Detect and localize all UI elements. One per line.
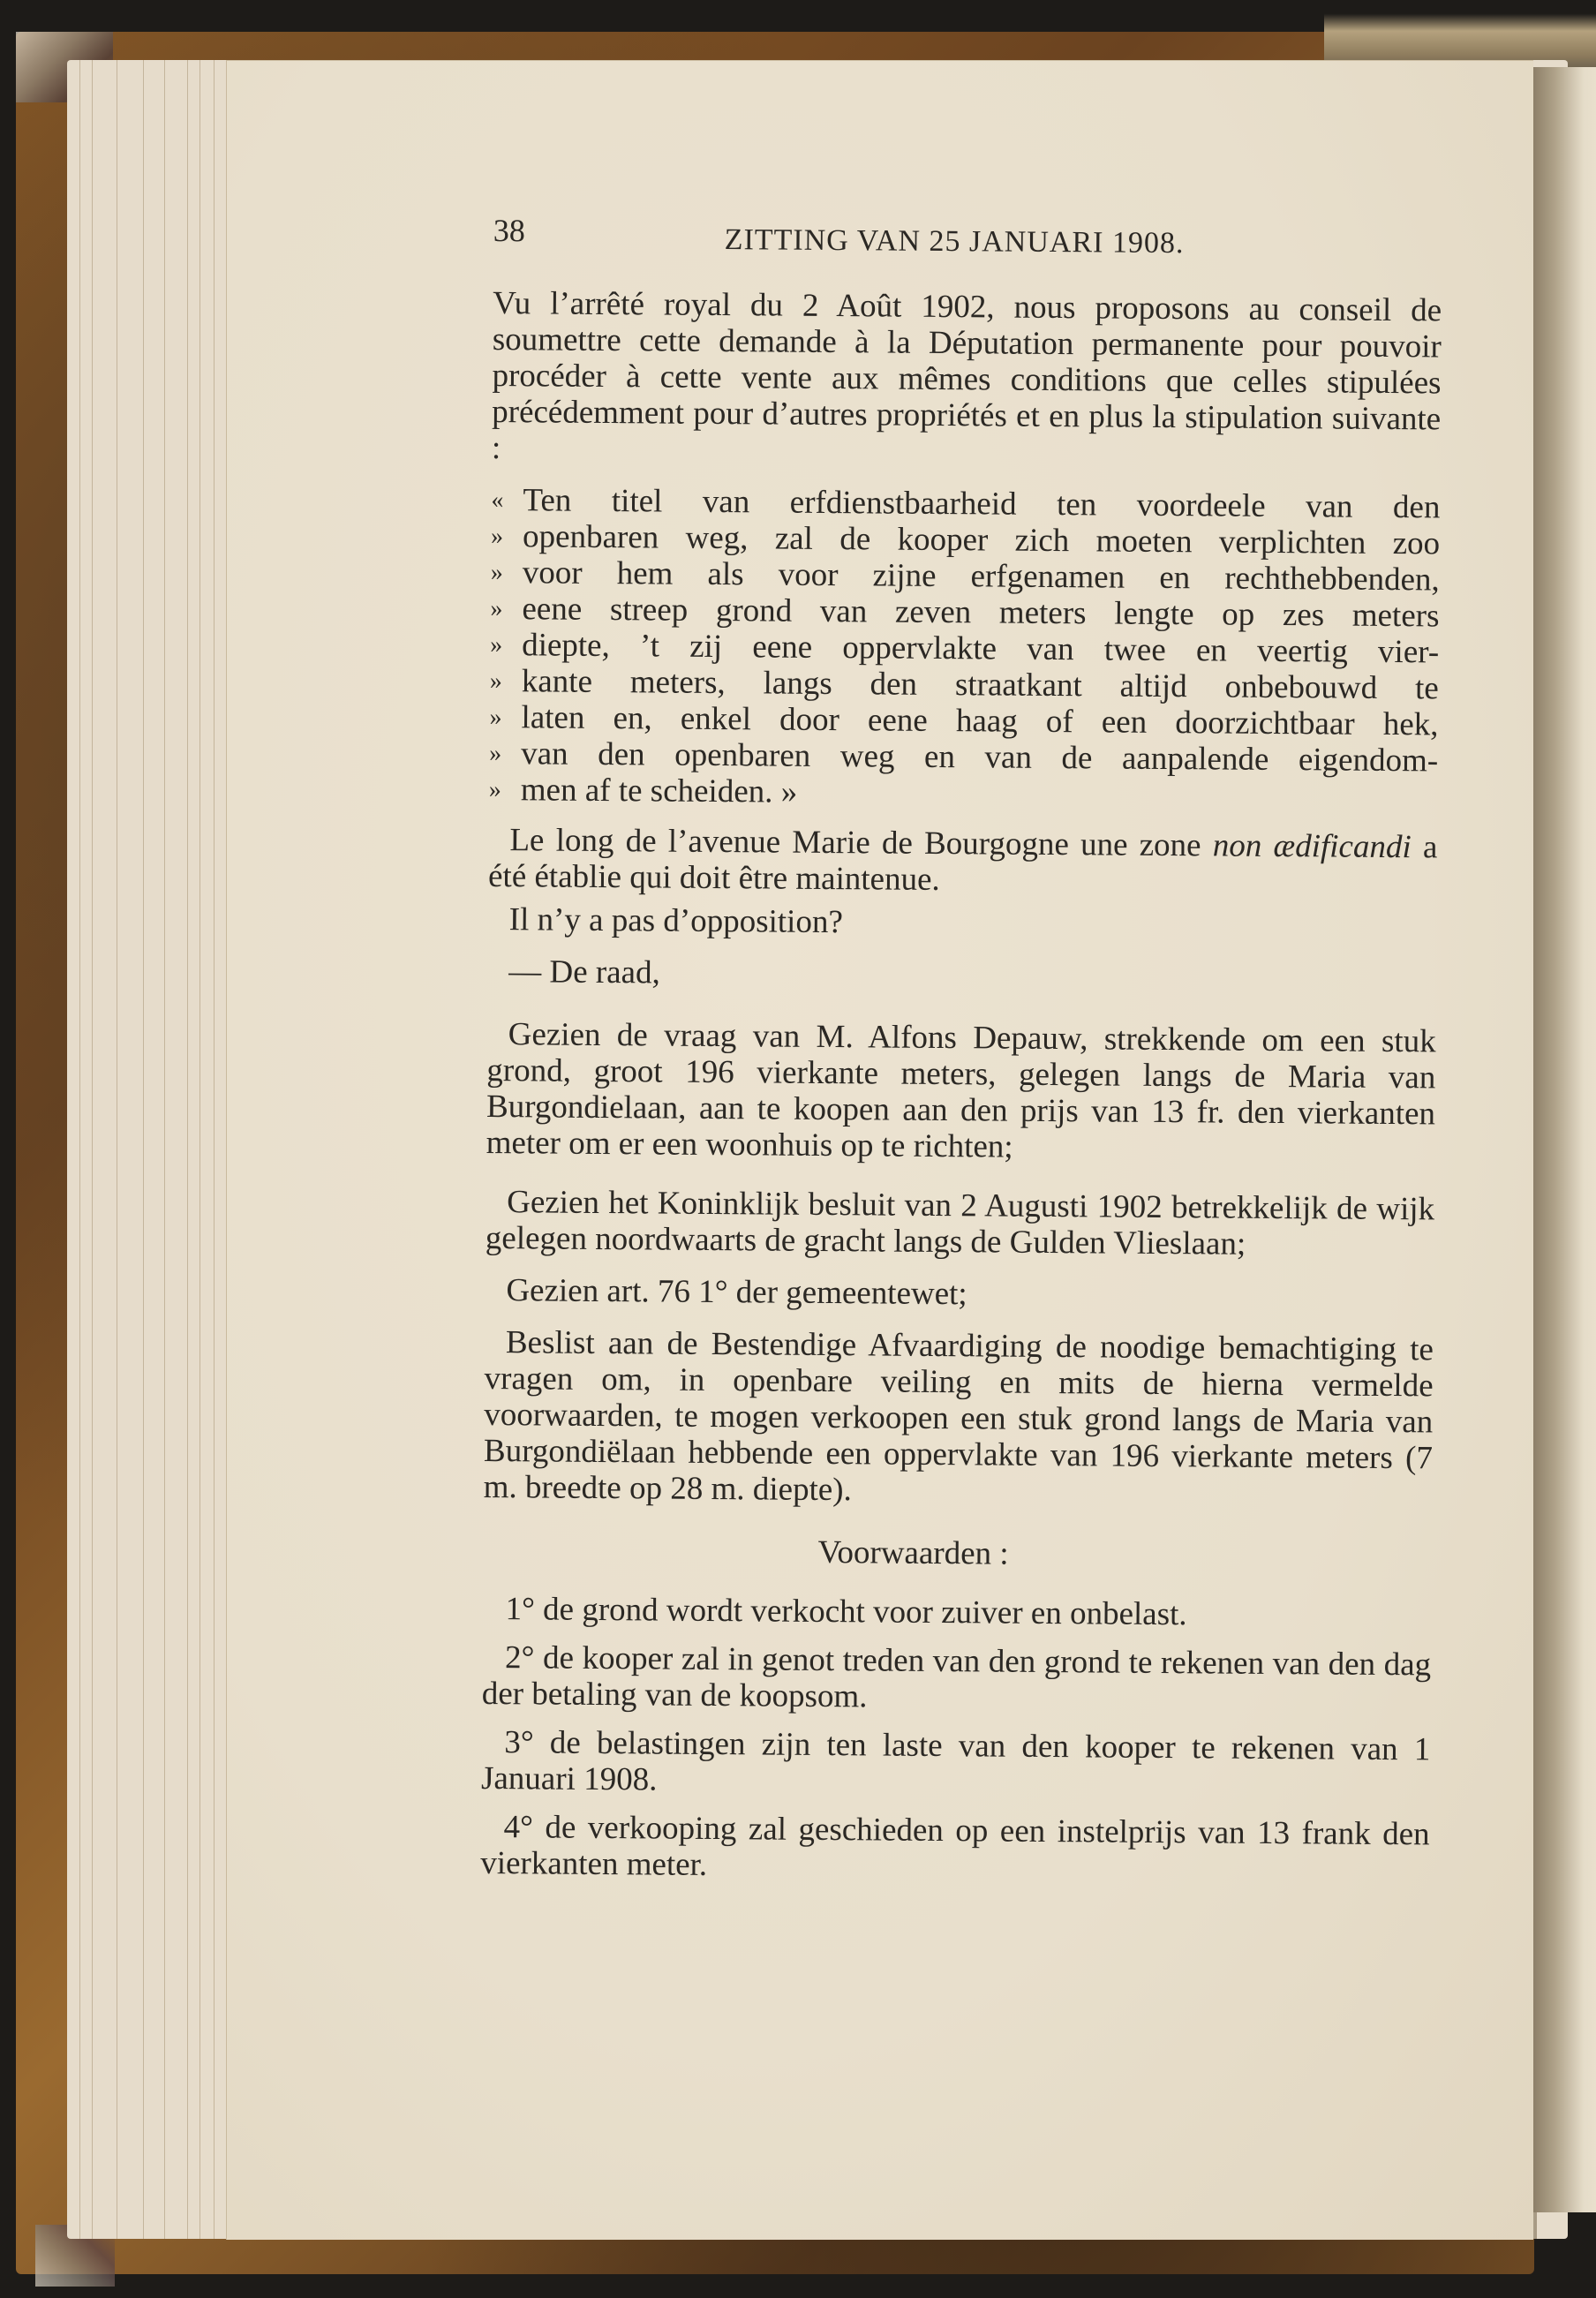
condition-item: 3° de belastingen zijn ten laste van den… bbox=[481, 1724, 1431, 1804]
condition-item: 4° de verkooping zal geschieden op een i… bbox=[480, 1809, 1430, 1888]
quote-line: » men af te scheiden. » bbox=[489, 772, 1438, 815]
condition-item: 1° de grond wordt verkocht voor zuiver e… bbox=[482, 1591, 1431, 1634]
council-heading: — De raad, bbox=[487, 953, 1436, 997]
gezien-paragraph-3: Gezien art. 76 1° der gemeentewet; bbox=[485, 1272, 1434, 1315]
continuation-quote-mark: » bbox=[489, 699, 521, 735]
page-content: 38 ZITTING VAN 25 JANUARI 1908. Vu l’arr… bbox=[480, 213, 1442, 1901]
gezien-paragraph-1: Gezien de vraag van M. Alfons Depauw, st… bbox=[486, 1016, 1436, 1168]
running-head-title: ZITTING VAN 25 JANUARI 1908. bbox=[725, 222, 1185, 261]
intro-paragraph: Vu l’arrêté royal du 2 Août 1902, nous p… bbox=[492, 285, 1442, 473]
beslist-paragraph: Beslist aan de Bestendige Afvaardiging d… bbox=[484, 1324, 1434, 1512]
torn-paper-top-right bbox=[1324, 0, 1596, 69]
continuation-quote-mark: » bbox=[490, 627, 522, 663]
opposition-question: Il n’y a pas d’opposition? bbox=[488, 901, 1437, 945]
book-page: 38 ZITTING VAN 25 JANUARI 1908. Vu l’arr… bbox=[226, 60, 1533, 2240]
page-number: 38 bbox=[493, 213, 525, 249]
continuation-quote-mark: » bbox=[491, 554, 523, 591]
quoted-stipulation: « Ten titel van erfdienstbaarheid ten vo… bbox=[489, 482, 1441, 815]
latin-phrase: non ædificandi bbox=[1213, 827, 1412, 865]
continuation-quote-mark: » bbox=[490, 591, 522, 627]
continuation-quote-mark: » bbox=[491, 518, 523, 554]
continuation-quote-mark: » bbox=[489, 735, 521, 772]
continuation-quote-mark: » bbox=[490, 663, 522, 699]
condition-item: 2° de kooper zal in genot treden van den… bbox=[482, 1639, 1432, 1719]
running-head: 38 ZITTING VAN 25 JANUARI 1908. bbox=[493, 213, 1442, 273]
facing-page-edge bbox=[1533, 67, 1596, 2212]
conditions-heading: Voorwaarden : bbox=[483, 1532, 1432, 1575]
zone-paragraph: Le long de l’avenue Marie de Bourgogne u… bbox=[488, 822, 1438, 901]
open-quote-mark: « bbox=[491, 482, 523, 518]
continuation-quote-mark: » bbox=[489, 772, 521, 808]
gezien-paragraph-2: Gezien het Koninklijk besluit van 2 Augu… bbox=[486, 1184, 1435, 1263]
